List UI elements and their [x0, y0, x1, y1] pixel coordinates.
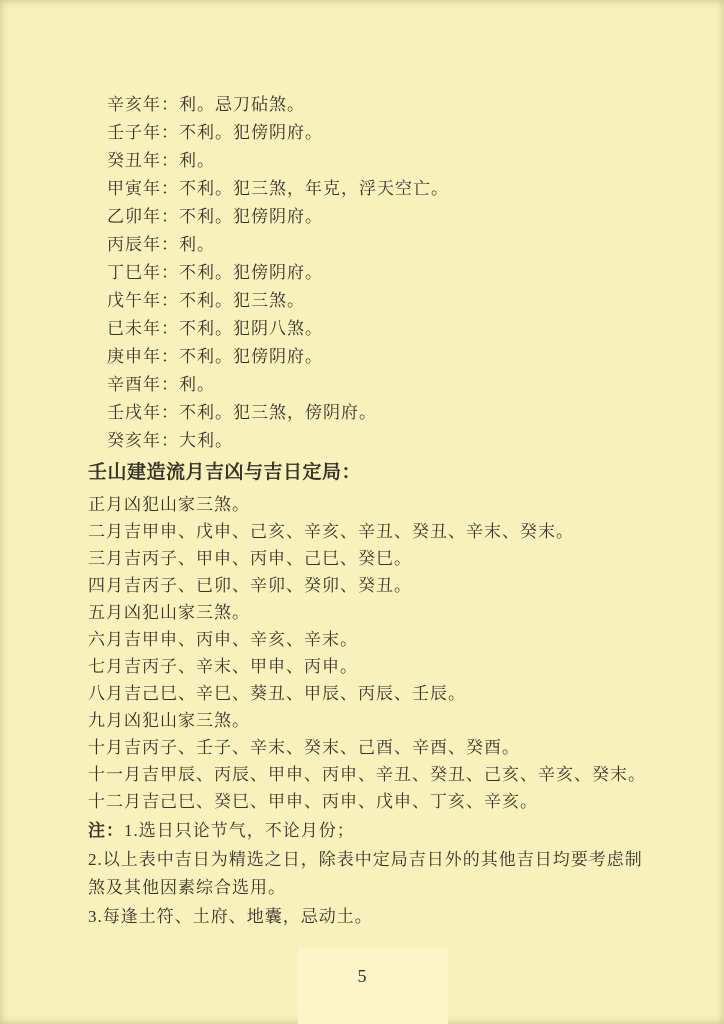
year-label: 乙卯年： [107, 207, 179, 226]
year-label: 癸亥年： [107, 431, 179, 450]
year-verdict-line: 丁巳年：不利。犯傍阴府。 [107, 259, 650, 287]
month-line: 十一月吉甲辰、丙辰、甲申、丙申、辛丑、癸丑、己亥、辛亥、癸末。 [88, 761, 650, 788]
month-line: 正月凶犯山家三煞。 [88, 491, 650, 518]
year-verdict: 利。忌刀砧煞。 [179, 95, 305, 114]
month-line: 六月吉甲申、丙申、辛亥、辛末。 [88, 626, 650, 653]
year-label: 壬子年： [107, 123, 179, 142]
month-auspicious-list: 正月凶犯山家三煞。 二月吉甲申、戊申、己亥、辛亥、辛丑、癸丑、辛末、癸末。 三月… [88, 491, 650, 815]
year-label: 辛酉年： [107, 375, 179, 394]
month-line: 二月吉甲申、戊申、己亥、辛亥、辛丑、癸丑、辛末、癸末。 [88, 518, 650, 545]
year-verdict-line: 戊午年：不利。犯三煞。 [107, 287, 650, 315]
year-verdict-line: 甲寅年：不利。犯三煞，年克，浮天空亡。 [107, 175, 650, 203]
year-label: 甲寅年： [107, 179, 179, 198]
year-verdict: 不利。犯傍阴府。 [179, 207, 323, 226]
year-verdict-line: 癸亥年：大利。 [107, 427, 650, 455]
year-verdict-line: 乙卯年：不利。犯傍阴府。 [107, 203, 650, 231]
year-verdict-line: 丙辰年：利。 [107, 231, 650, 259]
note-label: 注： [88, 821, 124, 840]
month-line: 五月凶犯山家三煞。 [88, 599, 650, 626]
year-label: 壬戌年： [107, 403, 179, 422]
year-verdict-line: 辛亥年：利。忌刀砧煞。 [107, 91, 650, 119]
year-verdict: 不利。犯傍阴府。 [179, 123, 323, 142]
year-label: 庚申年： [107, 347, 179, 366]
year-label: 癸丑年： [107, 151, 179, 170]
month-line: 七月吉丙子、辛末、甲申、丙申。 [88, 653, 650, 680]
year-verdict-line: 癸丑年：利。 [107, 147, 650, 175]
year-verdict-line: 庚申年：不利。犯傍阴府。 [107, 343, 650, 371]
year-verdict: 利。 [179, 151, 215, 170]
month-line: 三月吉丙子、甲申、丙申、己巳、癸巳。 [88, 545, 650, 572]
year-verdict: 利。 [179, 375, 215, 394]
document-page: 辛亥年：利。忌刀砧煞。 壬子年：不利。犯傍阴府。 癸丑年：利。 甲寅年：不利。犯… [0, 0, 724, 1024]
month-line: 四月吉丙子、已卯、辛卯、癸卯、癸丑。 [88, 572, 650, 599]
year-verdict: 不利。犯三煞。 [179, 291, 305, 310]
month-line: 十二月吉己巳、癸巳、甲申、丙申、戊申、丁亥、辛亥。 [88, 788, 650, 815]
year-verdict-list: 辛亥年：利。忌刀砧煞。 壬子年：不利。犯傍阴府。 癸丑年：利。 甲寅年：不利。犯… [107, 91, 650, 455]
month-line: 九月凶犯山家三煞。 [88, 707, 650, 734]
note-line-2: 2.以上表中吉日为精选之日，除表中定局吉日外的其他吉日均要考虑制煞及其他因素综合… [88, 846, 650, 903]
year-verdict: 不利。犯三煞，年克，浮天空亡。 [179, 179, 449, 198]
year-verdict-line: 壬子年：不利。犯傍阴府。 [107, 119, 650, 147]
year-verdict: 不利。犯傍阴府。 [179, 347, 323, 366]
year-label: 丁巳年： [107, 263, 179, 282]
note-1-text: 1.选日只论节气，不论月份； [124, 821, 355, 840]
year-verdict: 不利。犯阴八煞。 [179, 319, 323, 338]
year-verdict: 不利。犯三煞，傍阴府。 [179, 403, 377, 422]
page-number: 5 [342, 962, 382, 990]
year-verdict-line: 已未年：不利。犯阴八煞。 [107, 315, 650, 343]
year-verdict: 不利。犯傍阴府。 [179, 263, 323, 282]
year-verdict: 利。 [179, 235, 215, 254]
year-label: 辛亥年： [107, 95, 179, 114]
page-content: 辛亥年：利。忌刀砧煞。 壬子年：不利。犯傍阴府。 癸丑年：利。 甲寅年：不利。犯… [88, 0, 650, 931]
year-verdict: 大利。 [179, 431, 233, 450]
year-verdict-line: 辛酉年：利。 [107, 371, 650, 399]
note-line-1: 注：1.选日只论节气，不论月份； [88, 817, 650, 846]
month-line: 十月吉丙子、壬子、辛末、癸末、己酉、辛酉、癸酉。 [88, 734, 650, 761]
month-section-heading: 壬山建造流月吉凶与吉日定局： [88, 458, 650, 488]
month-line: 八月吉己巳、辛巳、葵丑、甲辰、丙辰、壬辰。 [88, 680, 650, 707]
note-line-3: 3.每逢土符、土府、地囊，忌动土。 [88, 903, 650, 932]
year-label: 戊午年： [107, 291, 179, 310]
year-label: 已未年： [107, 319, 179, 338]
notes-section: 注：1.选日只论节气，不论月份； 2.以上表中吉日为精选之日，除表中定局吉日外的… [88, 817, 650, 931]
year-label: 丙辰年： [107, 235, 179, 254]
year-verdict-line: 壬戌年：不利。犯三煞，傍阴府。 [107, 399, 650, 427]
